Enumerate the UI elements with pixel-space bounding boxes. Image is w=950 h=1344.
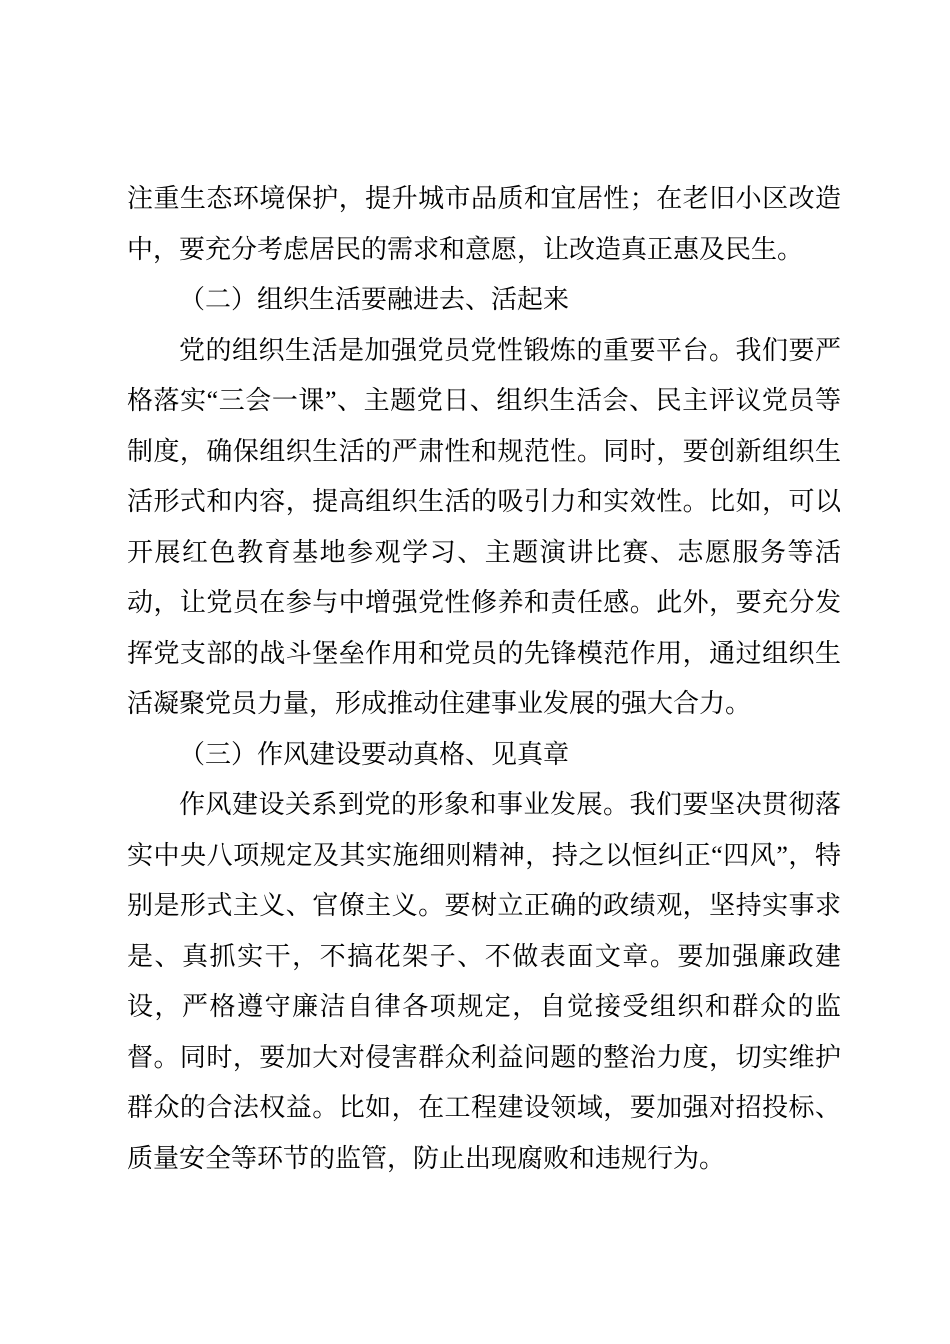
section-heading-3: （三）作风建设要动真格、见真章 (127, 730, 841, 781)
document-page: 注重生态环境保护，提升城市品质和宜居性；在老旧小区改造中，要充分考虑居民的需求和… (0, 0, 950, 1344)
section-heading-2: （二）组织生活要融进去、活起来 (127, 275, 841, 326)
body-paragraph-work-style: 作风建设关系到党的形象和事业发展。我们要坚决贯彻落实中央八项规定及其实施细则精神… (127, 780, 841, 1184)
continuation-paragraph: 注重生态环境保护，提升城市品质和宜居性；在老旧小区改造中，要充分考虑居民的需求和… (127, 174, 841, 275)
body-paragraph-organization-life: 党的组织生活是加强党员党性锻炼的重要平台。我们要严格落实“三会一课”、主题党日、… (127, 326, 841, 730)
document-text-block: 注重生态环境保护，提升城市品质和宜居性；在老旧小区改造中，要充分考虑居民的需求和… (127, 174, 841, 1184)
